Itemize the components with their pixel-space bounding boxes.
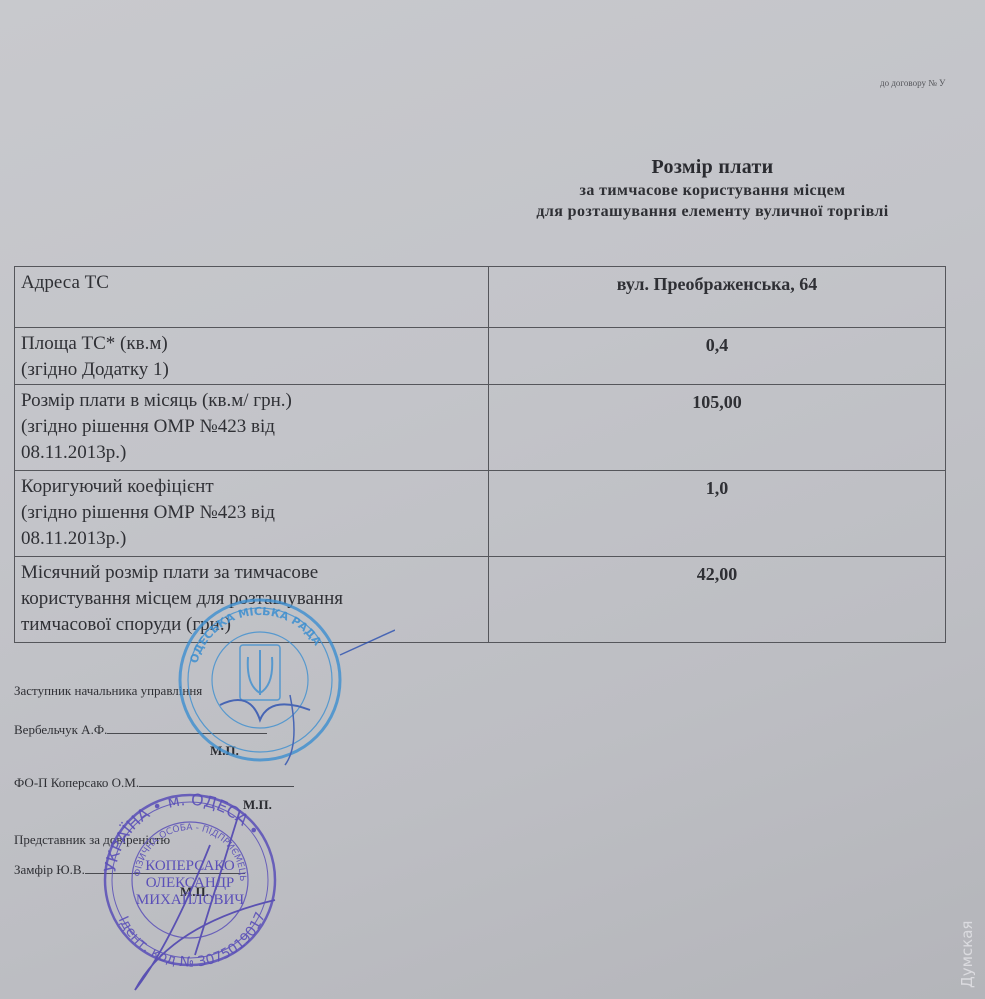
- row-label-line: Площа ТС* (кв.м): [21, 331, 482, 357]
- row-label: Розмір плати в місяць (кв.м/ грн.)(згідн…: [15, 385, 489, 471]
- table-row: Місячний розмір плати за тимчасовекорист…: [15, 557, 946, 643]
- representative-seal-mark: М.П.: [180, 884, 209, 900]
- row-label-line: Розмір плати в місяць (кв.м/ грн.): [21, 388, 482, 414]
- row-label-line: користування місцем для розташування: [21, 586, 482, 612]
- watermark: Думская: [958, 921, 976, 988]
- entrepreneur-seal-mark: М.П.: [243, 797, 272, 813]
- row-value: 1,0: [489, 471, 946, 557]
- document-title-block: Розмір плати за тимчасове користування м…: [440, 154, 985, 222]
- signature-line: [85, 873, 245, 874]
- official-signature-line: Вербельчук А.Ф.: [14, 722, 267, 738]
- row-value: 42,00: [489, 557, 946, 643]
- entrepreneur-signature-line: ФО-П Коперсако О.М.: [14, 775, 294, 791]
- row-label: Коригуючий коефіцієнт(згідно рішення ОМР…: [15, 471, 489, 557]
- document-title: Розмір плати: [440, 154, 985, 180]
- row-label-line: Коригуючий коефіцієнт: [21, 474, 482, 500]
- table-row: Адреса ТСвул. Преображенська, 64: [15, 267, 946, 328]
- svg-text:Ідент. код № 3075019017: Ідент. код № 3075019017: [115, 910, 269, 971]
- signature-line: [139, 786, 294, 787]
- row-value: 0,4: [489, 328, 946, 385]
- row-label-line: 08.11.2013р.): [21, 526, 482, 552]
- row-value: вул. Преображенська, 64: [489, 267, 946, 328]
- representative-position: Представник за довіреністю: [14, 832, 170, 848]
- row-value: 105,00: [489, 385, 946, 471]
- row-label-line: Місячний розмір плати за тимчасове: [21, 560, 482, 586]
- representative-signature-line: Замфір Ю.В.: [14, 862, 245, 878]
- row-label: Площа ТС* (кв.м)(згідно Додатку 1): [15, 328, 489, 385]
- row-label-line: (згідно рішення ОМР №423 від: [21, 500, 482, 526]
- document-subtitle-2: для розташування елементу вуличної торгі…: [440, 201, 985, 222]
- fee-table: Адреса ТСвул. Преображенська, 64Площа ТС…: [14, 266, 946, 643]
- table-row: Коригуючий коефіцієнт(згідно рішення ОМР…: [15, 471, 946, 557]
- row-label-line: (згідно Додатку 1): [21, 357, 482, 383]
- official-position: Заступник начальника управління: [14, 683, 202, 699]
- table-row: Площа ТС* (кв.м)(згідно Додатку 1)0,4: [15, 328, 946, 385]
- table-row: Розмір плати в місяць (кв.м/ грн.)(згідн…: [15, 385, 946, 471]
- row-label-line: Адреса ТС: [21, 270, 482, 296]
- official-seal-mark: М.П.: [210, 743, 239, 759]
- row-label-line: 08.11.2013р.): [21, 440, 482, 466]
- official-name: Вербельчук А.Ф.: [14, 722, 107, 737]
- contract-reference: до договору № У: [880, 78, 945, 88]
- row-label: Місячний розмір плати за тимчасовекорист…: [15, 557, 489, 643]
- document-subtitle-1: за тимчасове користування місцем: [440, 180, 985, 201]
- entrepreneur-name: ФО-П Коперсако О.М.: [14, 775, 139, 790]
- row-label-line: (згідно рішення ОМР №423 від: [21, 414, 482, 440]
- row-label: Адреса ТС: [15, 267, 489, 328]
- signature-line: [107, 733, 267, 734]
- representative-name: Замфір Ю.В.: [14, 862, 85, 877]
- row-label-line: тимчасової споруди (грн.): [21, 612, 482, 638]
